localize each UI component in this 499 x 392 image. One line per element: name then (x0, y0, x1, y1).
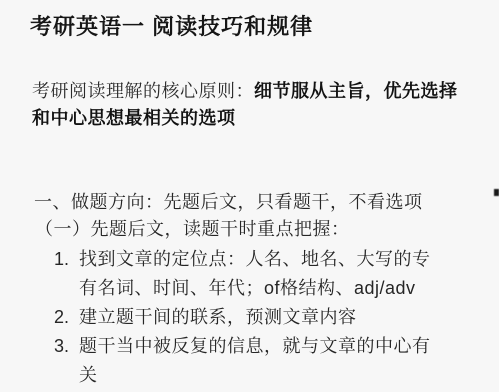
list-item: 3. 题干当中被反复的信息，就与文章的中心有关 (30, 332, 475, 390)
section-heading: 一、做题方向：先题后文，只看题干，不看选项 (30, 189, 475, 216)
list-item: 1. 找到文章的定位点：人名、地名、大写的专有名词、时间、年代；of格结构、ad… (30, 245, 475, 303)
list-item-number: 1. (54, 245, 79, 274)
notes-page: 考研英语一 阅读技巧和规律 考研阅读理解的核心原则：细节服从主旨，优先选择和中心… (0, 0, 499, 392)
list-item-text: 找到文章的定位点：人名、地名、大写的专有名词、时间、年代；of格结构、adj/a… (79, 245, 444, 303)
page-title: 考研英语一 阅读技巧和规律 (30, 12, 475, 42)
list-item-text: 题干当中被反复的信息，就与文章的中心有关 (79, 332, 444, 390)
principle-prefix: 考研阅读理解的核心原则： (32, 81, 254, 101)
list-item-text: 建立题干间的联系，预测文章内容 (79, 303, 357, 332)
tips-list: 1. 找到文章的定位点：人名、地名、大写的专有名词、时间、年代；of格结构、ad… (30, 245, 475, 390)
list-item: 2. 建立题干间的联系，预测文章内容 (30, 303, 475, 332)
section-subheading: （一）先题后文，读题干时重点把握： (30, 216, 475, 243)
method-section: 一、做题方向：先题后文，只看题干，不看选项 （一）先题后文，读题干时重点把握： … (30, 189, 475, 390)
list-item-number: 2. (54, 303, 79, 332)
list-item-number: 3. (54, 332, 79, 361)
truncated-text-fragment (494, 189, 499, 196)
principle-paragraph: 考研阅读理解的核心原则：细节服从主旨，优先选择和中心思想最相关的选项 (30, 78, 472, 132)
